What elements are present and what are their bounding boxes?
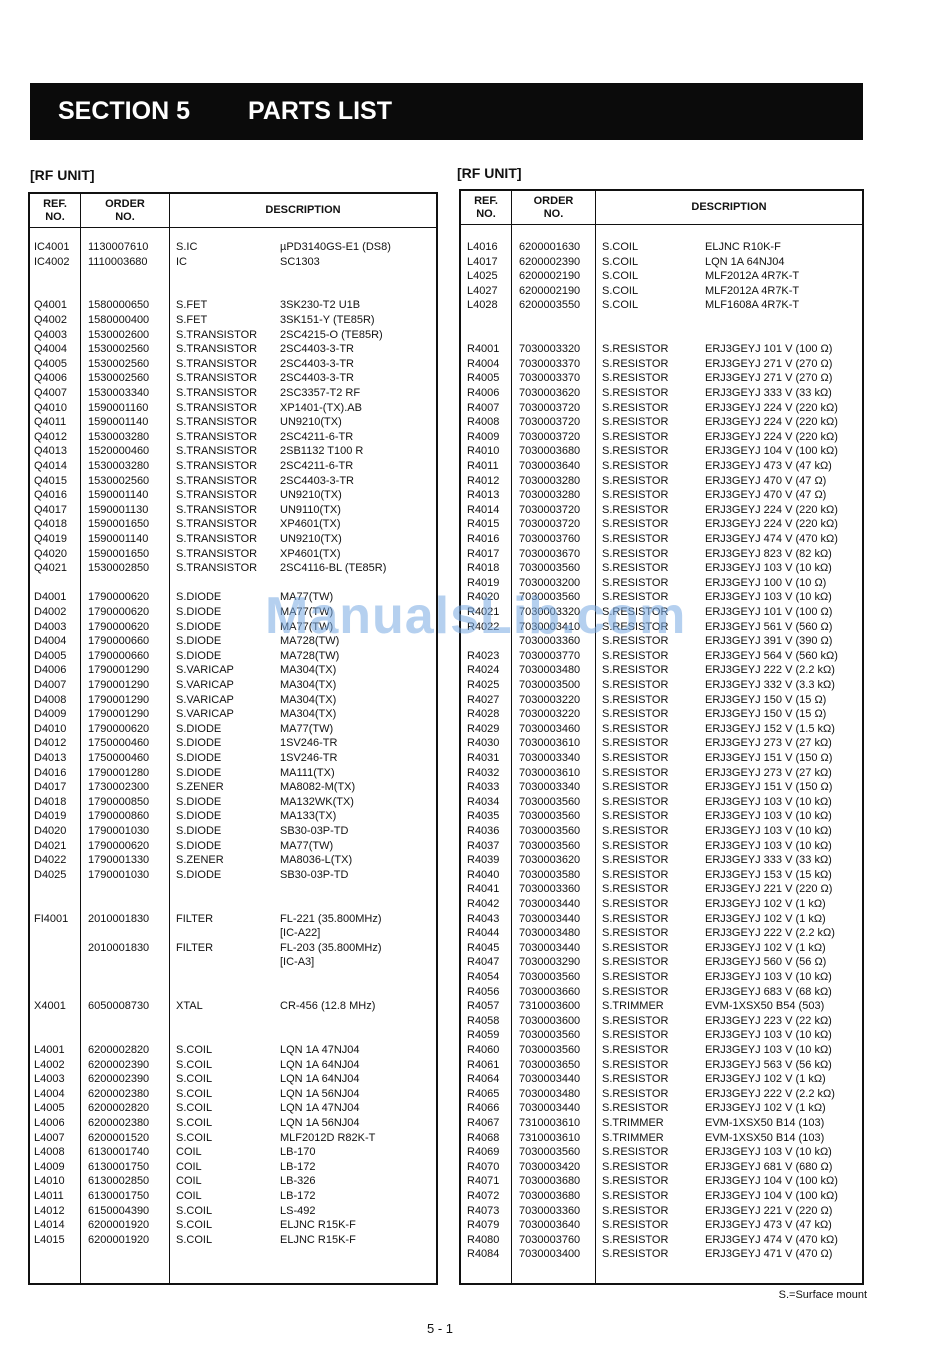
ref-no: R4028 — [467, 708, 499, 720]
order-no: 1590001650 — [88, 518, 149, 530]
part-type: S.RESISTOR — [602, 986, 668, 998]
part-number: FL-203 (35.800MHz) — [280, 942, 382, 954]
ref-no: R4079 — [467, 1219, 499, 1231]
part-number: LQN 1A 47NJ04 — [280, 1044, 360, 1056]
part-type: S.TRANSISTOR — [176, 475, 257, 487]
part-number: 3SK230-T2 U1B — [280, 299, 360, 311]
part-number: ERJ3GEYJ 150 V (15 Ω) — [705, 694, 826, 706]
order-no: 7030003280 — [519, 475, 580, 487]
ref-no: Q4011 — [34, 416, 66, 428]
part-number: ERJ3GEYJ 104 V (100 kΩ) — [705, 1175, 838, 1187]
part-type: S.DIODE — [176, 635, 221, 647]
order-no: 7030003560 — [519, 810, 580, 822]
ref-no: L4004 — [34, 1088, 65, 1100]
order-no: 2010001830 — [88, 913, 149, 925]
part-type: S.RESISTOR — [602, 1190, 668, 1202]
part-type: S.DIODE — [176, 606, 221, 618]
ref-no: D4003 — [34, 621, 66, 633]
part-type: S.RESISTOR — [602, 621, 668, 633]
right-unit-label: [RF UNIT] — [457, 165, 522, 181]
part-type: S.COIL — [602, 256, 638, 268]
ref-no: L4008 — [34, 1146, 65, 1158]
order-no: 6200001920 — [88, 1219, 149, 1231]
ref-no: D4009 — [34, 708, 66, 720]
ref-no: R4009 — [467, 431, 499, 443]
ref-no: R4045 — [467, 942, 499, 954]
part-number: MA728(TW) — [280, 650, 339, 662]
part-type: S.RESISTOR — [602, 416, 668, 428]
ref-no: L4015 — [34, 1234, 65, 1246]
part-number: ERJ3GEYJ 151 V (150 Ω) — [705, 781, 832, 793]
part-type: S.DIODE — [176, 825, 221, 837]
ref-no: Q4014 — [34, 460, 67, 472]
part-type: S.RESISTOR — [602, 1044, 668, 1056]
part-type: S.VARICAP — [176, 708, 234, 720]
part-number: MA728(TW) — [280, 635, 339, 647]
part-type: S.RESISTOR — [602, 562, 668, 574]
part-number: UN9210(TX) — [280, 489, 342, 501]
ref-no: D4008 — [34, 694, 66, 706]
part-number: MA132WK(TX) — [280, 796, 354, 808]
ref-no: R4071 — [467, 1175, 499, 1187]
part-number: SB30-03P-TD — [280, 869, 348, 881]
part-number: XP1401-(TX).AB — [280, 402, 362, 414]
ref-no: L4027 — [467, 285, 498, 297]
ref-no: D4022 — [34, 854, 66, 866]
part-number: ERJ3GEYJ 564 V (560 kΩ) — [705, 650, 838, 662]
part-number: MA77(TW) — [280, 840, 333, 852]
part-number: ERJ3GEYJ 102 V (1 kΩ) — [705, 898, 826, 910]
order-no: 1790001290 — [88, 708, 149, 720]
part-number: ERJ3GEYJ 391 V (390 Ω) — [705, 635, 832, 647]
order-no: 6130001750 — [88, 1161, 149, 1173]
part-type: S.RESISTOR — [602, 1219, 668, 1231]
order-no: 6130001740 — [88, 1146, 149, 1158]
part-type: S.COIL — [176, 1044, 212, 1056]
order-no: 6200001920 — [88, 1234, 149, 1246]
part-type: S.RESISTOR — [602, 460, 668, 472]
ref-no: R4018 — [467, 562, 499, 574]
ref-no: Q4003 — [34, 329, 67, 341]
part-type: S.RESISTOR — [602, 372, 668, 384]
ref-no: R4006 — [467, 387, 499, 399]
ref-no: R4037 — [467, 840, 499, 852]
order-no: 7030003560 — [519, 591, 580, 603]
part-number: CR-456 (12.8 MHz) — [280, 1000, 375, 1012]
order-no: 6200001520 — [88, 1132, 149, 1144]
part-type: FILTER — [176, 942, 213, 954]
ref-no: L4003 — [34, 1073, 65, 1085]
order-no: 1590001140 — [88, 416, 148, 428]
ref-no: R4001 — [467, 343, 499, 355]
ref-no: R4014 — [467, 504, 499, 516]
part-type: S.RESISTOR — [602, 927, 668, 939]
order-no: 1530002560 — [88, 358, 149, 370]
ref-no: R4066 — [467, 1102, 499, 1114]
part-number: [IC-A3] — [280, 956, 314, 968]
order-no: 7030003220 — [519, 694, 580, 706]
part-type: S.IC — [176, 241, 197, 253]
order-no: 7030003440 — [519, 1102, 580, 1114]
order-no: 7030003370 — [519, 372, 580, 384]
part-type: S.RESISTOR — [602, 343, 668, 355]
ref-no: R4005 — [467, 372, 499, 384]
order-no: 2010001830 — [88, 942, 149, 954]
part-number: ERJ3GEYJ 224 V (220 kΩ) — [705, 416, 838, 428]
part-number: EVM-1XSX50 B14 (103) — [705, 1132, 824, 1144]
part-number: LQN 1A 56NJ04 — [280, 1117, 360, 1129]
ref-no: R4068 — [467, 1132, 499, 1144]
order-no: 7030003640 — [519, 1219, 580, 1231]
part-type: S.TRANSISTOR — [176, 372, 257, 384]
part-type: S.RESISTOR — [602, 650, 668, 662]
ref-no: Q4013 — [34, 445, 67, 457]
order-no: 7030003720 — [519, 504, 580, 516]
part-type: S.RESISTOR — [602, 898, 668, 910]
ref-no: R4029 — [467, 723, 499, 735]
order-no: 7030003640 — [519, 460, 580, 472]
order-no: 1790001290 — [88, 679, 149, 691]
part-number: ERJ3GEYJ 103 V (10 kΩ) — [705, 825, 832, 837]
part-number: LB-172 — [280, 1161, 315, 1173]
part-number: ERJ3GEYJ 224 V (220 kΩ) — [705, 402, 838, 414]
ref-no: R4041 — [467, 883, 499, 895]
order-no: 7030003680 — [519, 1175, 580, 1187]
part-number: ERJ3GEYJ 103 V (10 kΩ) — [705, 840, 832, 852]
part-number: LB-172 — [280, 1190, 315, 1202]
part-number: ERJ3GEYJ 104 V (100 kΩ) — [705, 445, 838, 457]
part-type: COIL — [176, 1146, 202, 1158]
order-no: 6130002850 — [88, 1175, 149, 1187]
part-number: ERJ3GEYJ 563 V (56 kΩ) — [705, 1059, 832, 1071]
part-number: ERJ3GEYJ 333 V (33 kΩ) — [705, 854, 832, 866]
part-type: S.RESISTOR — [602, 679, 668, 691]
order-no: 1530002560 — [88, 475, 149, 487]
ref-no: R4016 — [467, 533, 499, 545]
part-type: S.COIL — [602, 285, 638, 297]
part-type: S.COIL — [176, 1234, 212, 1246]
ref-no: D4012 — [34, 737, 66, 749]
header-order-no: ORDER NO. — [81, 194, 169, 227]
part-number: ELJNC R15K-F — [280, 1219, 356, 1231]
order-no: 6200002190 — [519, 270, 580, 282]
order-no: 7030003560 — [519, 796, 580, 808]
order-no: 7030003560 — [519, 562, 580, 574]
part-number: ERJ3GEYJ 474 V (470 kΩ) — [705, 1234, 838, 1246]
order-no: 6050008730 — [88, 1000, 149, 1012]
order-no: 6200002390 — [88, 1059, 149, 1071]
ref-no: Q4016 — [34, 489, 67, 501]
ref-no: R4059 — [467, 1029, 499, 1041]
part-number: ERJ3GEYJ 221 V (220 Ω) — [705, 883, 832, 895]
part-number: ERJ3GEYJ 102 V (1 kΩ) — [705, 913, 826, 925]
ref-no: Q4019 — [34, 533, 67, 545]
ref-no: Q4004 — [34, 343, 67, 355]
ref-no: R4017 — [467, 548, 499, 560]
part-type: S.RESISTOR — [602, 1073, 668, 1085]
ref-no: R4011 — [467, 460, 499, 472]
part-number: ERJ3GEYJ 101 V (100 Ω) — [705, 606, 832, 618]
order-no: 7030003760 — [519, 1234, 580, 1246]
order-no: 6130001750 — [88, 1190, 149, 1202]
part-type: S.DIODE — [176, 840, 221, 852]
part-type: S.FET — [176, 314, 207, 326]
part-type: S.RESISTOR — [602, 635, 668, 647]
part-number: ERJ3GEYJ 222 V (2.2 kΩ) — [705, 664, 835, 676]
parts-table-right: REF. NO. ORDER NO. DESCRIPTION L40166200… — [459, 189, 864, 1285]
part-number: ERJ3GEYJ 222 V (2.2 kΩ) — [705, 1088, 835, 1100]
part-type: S.RESISTOR — [602, 752, 668, 764]
part-number: ERJ3GEYJ 153 V (15 kΩ) — [705, 869, 832, 881]
part-type: S.DIODE — [176, 810, 221, 822]
part-type: S.RESISTOR — [602, 1205, 668, 1217]
part-number: ERJ3GEYJ 823 V (82 kΩ) — [705, 548, 832, 560]
part-type: S.RESISTOR — [602, 1088, 668, 1100]
part-type: S.TRANSISTOR — [176, 548, 257, 560]
part-type: S.RESISTOR — [602, 869, 668, 881]
order-no: 7030003340 — [519, 752, 580, 764]
order-no: 1590001140 — [88, 489, 148, 501]
ref-no: IC4002 — [34, 256, 69, 268]
ref-no: R4024 — [467, 664, 499, 676]
part-type: S.DIODE — [176, 869, 221, 881]
part-type: S.RESISTOR — [602, 431, 668, 443]
part-type: S.RESISTOR — [602, 1015, 668, 1027]
order-no: 7030003440 — [519, 913, 580, 925]
order-no: 1750000460 — [88, 737, 149, 749]
part-type: S.DIODE — [176, 796, 221, 808]
part-number: ERJ3GEYJ 103 V (10 kΩ) — [705, 1029, 832, 1041]
ref-no: R4027 — [467, 694, 499, 706]
ref-no: L4010 — [34, 1175, 65, 1187]
order-no: 1520000460 — [88, 445, 149, 457]
order-no: 1790000660 — [88, 650, 149, 662]
ref-no: R4043 — [467, 913, 499, 925]
part-number: LQN 1A 64NJ04 — [705, 256, 785, 268]
part-number: ERJ3GEYJ 103 V (10 kΩ) — [705, 1044, 832, 1056]
part-number: 2SC4403-3-TR — [280, 372, 354, 384]
ref-no: Q4015 — [34, 475, 67, 487]
order-no: 7030003360 — [519, 635, 580, 647]
part-type: S.FET — [176, 299, 207, 311]
part-type: S.COIL — [176, 1117, 212, 1129]
part-number: ERJ3GEYJ 103 V (10 kΩ) — [705, 591, 832, 603]
part-number: ERJ3GEYJ 470 V (47 Ω) — [705, 489, 826, 501]
part-number: ERJ3GEYJ 473 V (47 kΩ) — [705, 1219, 832, 1231]
ref-no: D4018 — [34, 796, 66, 808]
page-title: PARTS LIST — [248, 97, 392, 126]
part-type: S.RESISTOR — [602, 577, 668, 589]
part-number: ERJ3GEYJ 471 V (470 Ω) — [705, 1248, 832, 1260]
part-type: S.RESISTOR — [602, 810, 668, 822]
part-type: S.RESISTOR — [602, 518, 668, 530]
header-description: DESCRIPTION — [170, 194, 436, 227]
ref-no: R4010 — [467, 445, 499, 457]
ref-no: R4058 — [467, 1015, 499, 1027]
order-no: 7030003280 — [519, 489, 580, 501]
ref-no: Q4005 — [34, 358, 67, 370]
ref-no: R4069 — [467, 1146, 499, 1158]
order-no: 1130007610 — [88, 241, 148, 253]
order-no: 7030003340 — [519, 781, 580, 793]
part-number: 2SC4211-6-TR — [280, 460, 353, 472]
ref-no: FI4001 — [34, 913, 68, 925]
part-number: ERJ3GEYJ 222 V (2.2 kΩ) — [705, 927, 835, 939]
part-number: LS-492 — [280, 1205, 315, 1217]
header-description: DESCRIPTION — [596, 191, 862, 224]
part-type: S.TRANSISTOR — [176, 343, 257, 355]
part-number: ERJ3GEYJ 102 V (1 kΩ) — [705, 942, 826, 954]
ref-no: R4067 — [467, 1117, 499, 1129]
part-number: ERJ3GEYJ 271 V (270 Ω) — [705, 372, 832, 384]
part-type: S.RESISTOR — [602, 694, 668, 706]
ref-no: R4034 — [467, 796, 499, 808]
order-no: 7030003440 — [519, 942, 580, 954]
part-number: LQN 1A 64NJ04 — [280, 1059, 360, 1071]
part-number: UN9210(TX) — [280, 416, 342, 428]
part-number: [IC-A22] — [280, 927, 320, 939]
ref-no: Q4007 — [34, 387, 67, 399]
part-number: ERJ3GEYJ 561 V (560 Ω) — [705, 621, 832, 633]
ref-no: L4011 — [34, 1190, 64, 1202]
part-number: 3SK151-Y (TE85R) — [280, 314, 375, 326]
order-no: 1790000860 — [88, 810, 149, 822]
part-number: ERJ3GEYJ 103 V (10 kΩ) — [705, 810, 832, 822]
part-type: S.RESISTOR — [602, 1059, 668, 1071]
part-number: FL-221 (35.800MHz) — [280, 913, 382, 925]
part-number: MA111(TX) — [280, 767, 335, 779]
part-number: LB-326 — [280, 1175, 315, 1187]
part-number: ERJ3GEYJ 224 V (220 kΩ) — [705, 504, 838, 516]
part-type: S.RESISTOR — [602, 533, 668, 545]
ref-no: R4036 — [467, 825, 499, 837]
part-type: S.VARICAP — [176, 664, 234, 676]
ref-no: L4014 — [34, 1219, 65, 1231]
order-no: 7030003560 — [519, 1029, 580, 1041]
part-type: S.TRANSISTOR — [176, 416, 257, 428]
ref-no: Q4010 — [34, 402, 67, 414]
order-no: 7030003560 — [519, 825, 580, 837]
part-type: S.RESISTOR — [602, 387, 668, 399]
part-number: MA77(TW) — [280, 723, 333, 735]
part-number: MA133(TX) — [280, 810, 336, 822]
order-no: 7030003370 — [519, 358, 580, 370]
order-no: 7030003610 — [519, 737, 580, 749]
ref-no: D4019 — [34, 810, 66, 822]
ref-no: D4002 — [34, 606, 66, 618]
ref-no: Q4006 — [34, 372, 67, 384]
ref-no: R4047 — [467, 956, 499, 968]
order-no: 7030003440 — [519, 1073, 580, 1085]
order-no: 1110003680 — [88, 256, 148, 268]
order-no: 1580000650 — [88, 299, 149, 311]
ref-no: D4016 — [34, 767, 66, 779]
part-number: ERJ3GEYJ 150 V (15 Ω) — [705, 708, 826, 720]
part-type: S.RESISTOR — [602, 883, 668, 895]
order-no: 1790000620 — [88, 723, 149, 735]
part-type: S.TRIMMER — [602, 1132, 664, 1144]
part-type: S.RESISTOR — [602, 1175, 668, 1187]
ref-no: R4061 — [467, 1059, 499, 1071]
part-type: S.RESISTOR — [602, 489, 668, 501]
part-number: ERJ3GEYJ 474 V (470 kΩ) — [705, 533, 838, 545]
ref-no: D4004 — [34, 635, 66, 647]
part-type: S.COIL — [176, 1132, 212, 1144]
part-number: ERJ3GEYJ 221 V (220 Ω) — [705, 1205, 832, 1217]
ref-no: R4040 — [467, 869, 499, 881]
order-no: 1530003280 — [88, 431, 149, 443]
ref-no: R4032 — [467, 767, 499, 779]
ref-no: D4013 — [34, 752, 66, 764]
order-no: 7030003560 — [519, 971, 580, 983]
part-type: S.TRANSISTOR — [176, 562, 257, 574]
part-type: S.RESISTOR — [602, 1248, 668, 1260]
part-number: ERJ3GEYJ 101 V (100 Ω) — [705, 343, 832, 355]
ref-no: R4057 — [467, 1000, 499, 1012]
part-type: S.TRANSISTOR — [176, 387, 257, 399]
order-no: 1790000620 — [88, 606, 149, 618]
part-type: S.RESISTOR — [602, 504, 668, 516]
part-type: S.COIL — [602, 299, 638, 311]
part-number: LQN 1A 47NJ04 — [280, 1102, 360, 1114]
ref-no: R4020 — [467, 591, 499, 603]
part-number: UN9110(TX) — [280, 504, 341, 516]
ref-no: R4025 — [467, 679, 499, 691]
ref-no: D4021 — [34, 840, 66, 852]
part-number: MLF2012A 4R7K-T — [705, 270, 799, 282]
header-ref-no: REF. NO. — [30, 194, 80, 227]
section-number: SECTION 5 — [58, 97, 190, 126]
order-no: 1590001160 — [88, 402, 148, 414]
ref-no: R4004 — [467, 358, 499, 370]
part-type: COIL — [176, 1175, 202, 1187]
part-type: S.COIL — [176, 1102, 212, 1114]
order-no: 7030003360 — [519, 883, 580, 895]
part-number: ERJ3GEYJ 224 V (220 kΩ) — [705, 431, 838, 443]
part-type: S.ZENER — [176, 854, 224, 866]
ref-no: D4007 — [34, 679, 66, 691]
part-type: S.RESISTOR — [602, 723, 668, 735]
part-number: ERJ3GEYJ 103 V (10 kΩ) — [705, 562, 832, 574]
ref-no: R4012 — [467, 475, 499, 487]
part-number: ERJ3GEYJ 103 V (10 kΩ) — [705, 971, 832, 983]
ref-no: R4035 — [467, 810, 499, 822]
part-number: ELJNC R15K-F — [280, 1234, 356, 1246]
part-number: MA304(TX) — [280, 694, 336, 706]
part-type: S.TRANSISTOR — [176, 402, 257, 414]
part-type: S.TRANSISTOR — [176, 431, 257, 443]
part-number: MA304(TX) — [280, 679, 336, 691]
order-no: 1530003280 — [88, 460, 149, 472]
part-number: 2SC4211-6-TR — [280, 431, 353, 443]
order-no: 6200001630 — [519, 241, 580, 253]
part-type: S.RESISTOR — [602, 591, 668, 603]
order-no: 7030003610 — [519, 767, 580, 779]
part-number: EVM-1XSX50 B54 (503) — [705, 1000, 824, 1012]
order-no: 7030003480 — [519, 1088, 580, 1100]
part-type: S.TRANSISTOR — [176, 533, 257, 545]
order-no: 1790000620 — [88, 840, 149, 852]
part-number: ERJ3GEYJ 223 V (22 kΩ) — [705, 1015, 832, 1027]
order-no: 6200002390 — [519, 256, 580, 268]
order-no: 7030003560 — [519, 1044, 580, 1056]
left-unit-label: [RF UNIT] — [30, 167, 95, 183]
part-type: S.TRANSISTOR — [176, 489, 257, 501]
part-number: MLF1608A 4R7K-T — [705, 299, 799, 311]
ref-no: R4064 — [467, 1073, 499, 1085]
ref-no: L4017 — [467, 256, 498, 268]
part-number: ERJ3GEYJ 273 V (27 kΩ) — [705, 737, 832, 749]
